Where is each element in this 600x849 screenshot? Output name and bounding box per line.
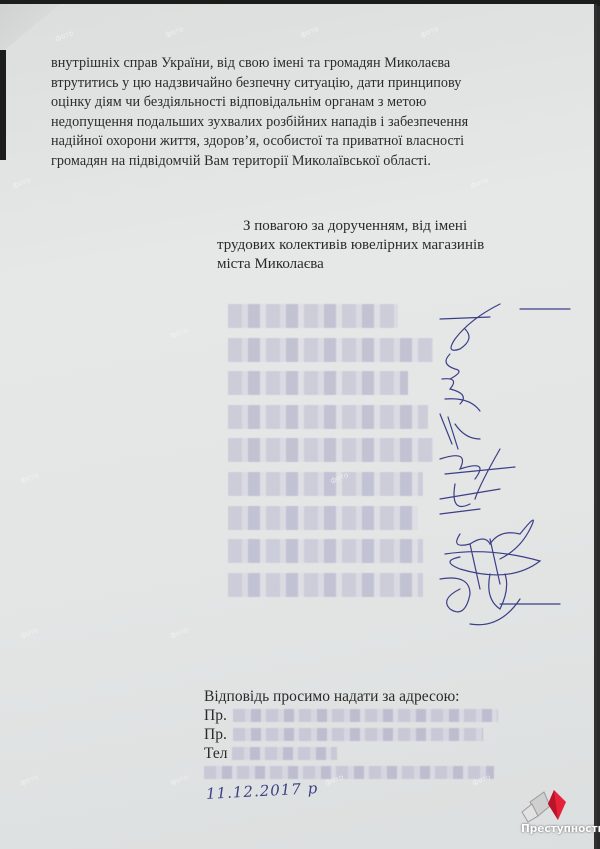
- paragraph-line: громадян на підвідомчій Вам території Ми…: [51, 152, 541, 172]
- paragraph-line: втрутитись у цю надзвичайно безпечну сит…: [51, 74, 541, 94]
- address-prefix: Пр.: [204, 706, 227, 725]
- watermark: фото: [419, 25, 439, 39]
- paragraph-line: оцінку діям чи бездіяльності відповідаль…: [51, 93, 541, 113]
- redacted-name: [228, 338, 433, 362]
- redacted-phone: [232, 747, 337, 760]
- closing-line: міста Миколаєва: [217, 255, 484, 274]
- address-prefix: Пр.: [204, 725, 227, 744]
- watermark: фото: [11, 176, 31, 190]
- redacted-address: [233, 709, 498, 722]
- paragraph-line: внутрішніх справ України, від свою імені…: [51, 54, 541, 74]
- watermark: фото: [169, 626, 189, 640]
- closing-block: З повагою за дорученням, від імені трудо…: [217, 217, 484, 274]
- address-request: Відповідь просимо надати за адресою:: [204, 687, 498, 706]
- redacted-name: [228, 405, 428, 429]
- photo-background-edge-right: [594, 4, 597, 849]
- paragraph-line: недопущення подальших зухвалих розбійних…: [51, 113, 541, 133]
- redacted-name: [228, 573, 423, 597]
- redacted-address: [233, 728, 483, 741]
- redacted-name: [228, 539, 423, 563]
- closing-line: трудових колективів ювелірних магазинів: [217, 236, 484, 255]
- watermark: фото: [169, 773, 189, 787]
- document-page: внутрішніх справ України, від свою імені…: [0, 4, 597, 849]
- paragraph-line: надійної охорони життя, здоров’я, особис…: [51, 132, 541, 152]
- redacted-name: [228, 304, 398, 328]
- closing-line: З повагою за дорученням, від імені: [217, 217, 484, 236]
- folded-corner: [0, 4, 60, 54]
- redacted-name: [228, 506, 418, 530]
- redacted-name: [228, 472, 423, 496]
- watermark: фото: [19, 773, 39, 787]
- site-logo-text: Преступности.НЕТ: [521, 823, 600, 835]
- photo-background-edge: [0, 50, 6, 160]
- phone-prefix: Тел: [204, 744, 228, 763]
- letter-body-paragraph: внутрішніх справ України, від свою імені…: [51, 54, 541, 172]
- site-logo-icon: [510, 790, 600, 845]
- handwritten-signatures: [430, 299, 580, 639]
- redacted-address: [204, 766, 494, 779]
- watermark: фото: [164, 25, 184, 39]
- watermark: фото: [54, 29, 74, 43]
- watermark: фото: [299, 25, 319, 39]
- watermark: фото: [19, 626, 39, 640]
- handwritten-date: 11.12.2017 р: [206, 779, 319, 803]
- watermark: фото: [469, 176, 489, 190]
- logo-main-text: Преступности: [521, 823, 600, 835]
- watermark: фото: [169, 326, 189, 340]
- watermark: фото: [19, 471, 39, 485]
- redacted-name: [228, 371, 408, 395]
- redacted-name: [228, 438, 433, 462]
- reply-address-block: Відповідь просимо надати за адресою: Пр.…: [204, 687, 498, 782]
- pixelated-signatory-names: [228, 304, 448, 606]
